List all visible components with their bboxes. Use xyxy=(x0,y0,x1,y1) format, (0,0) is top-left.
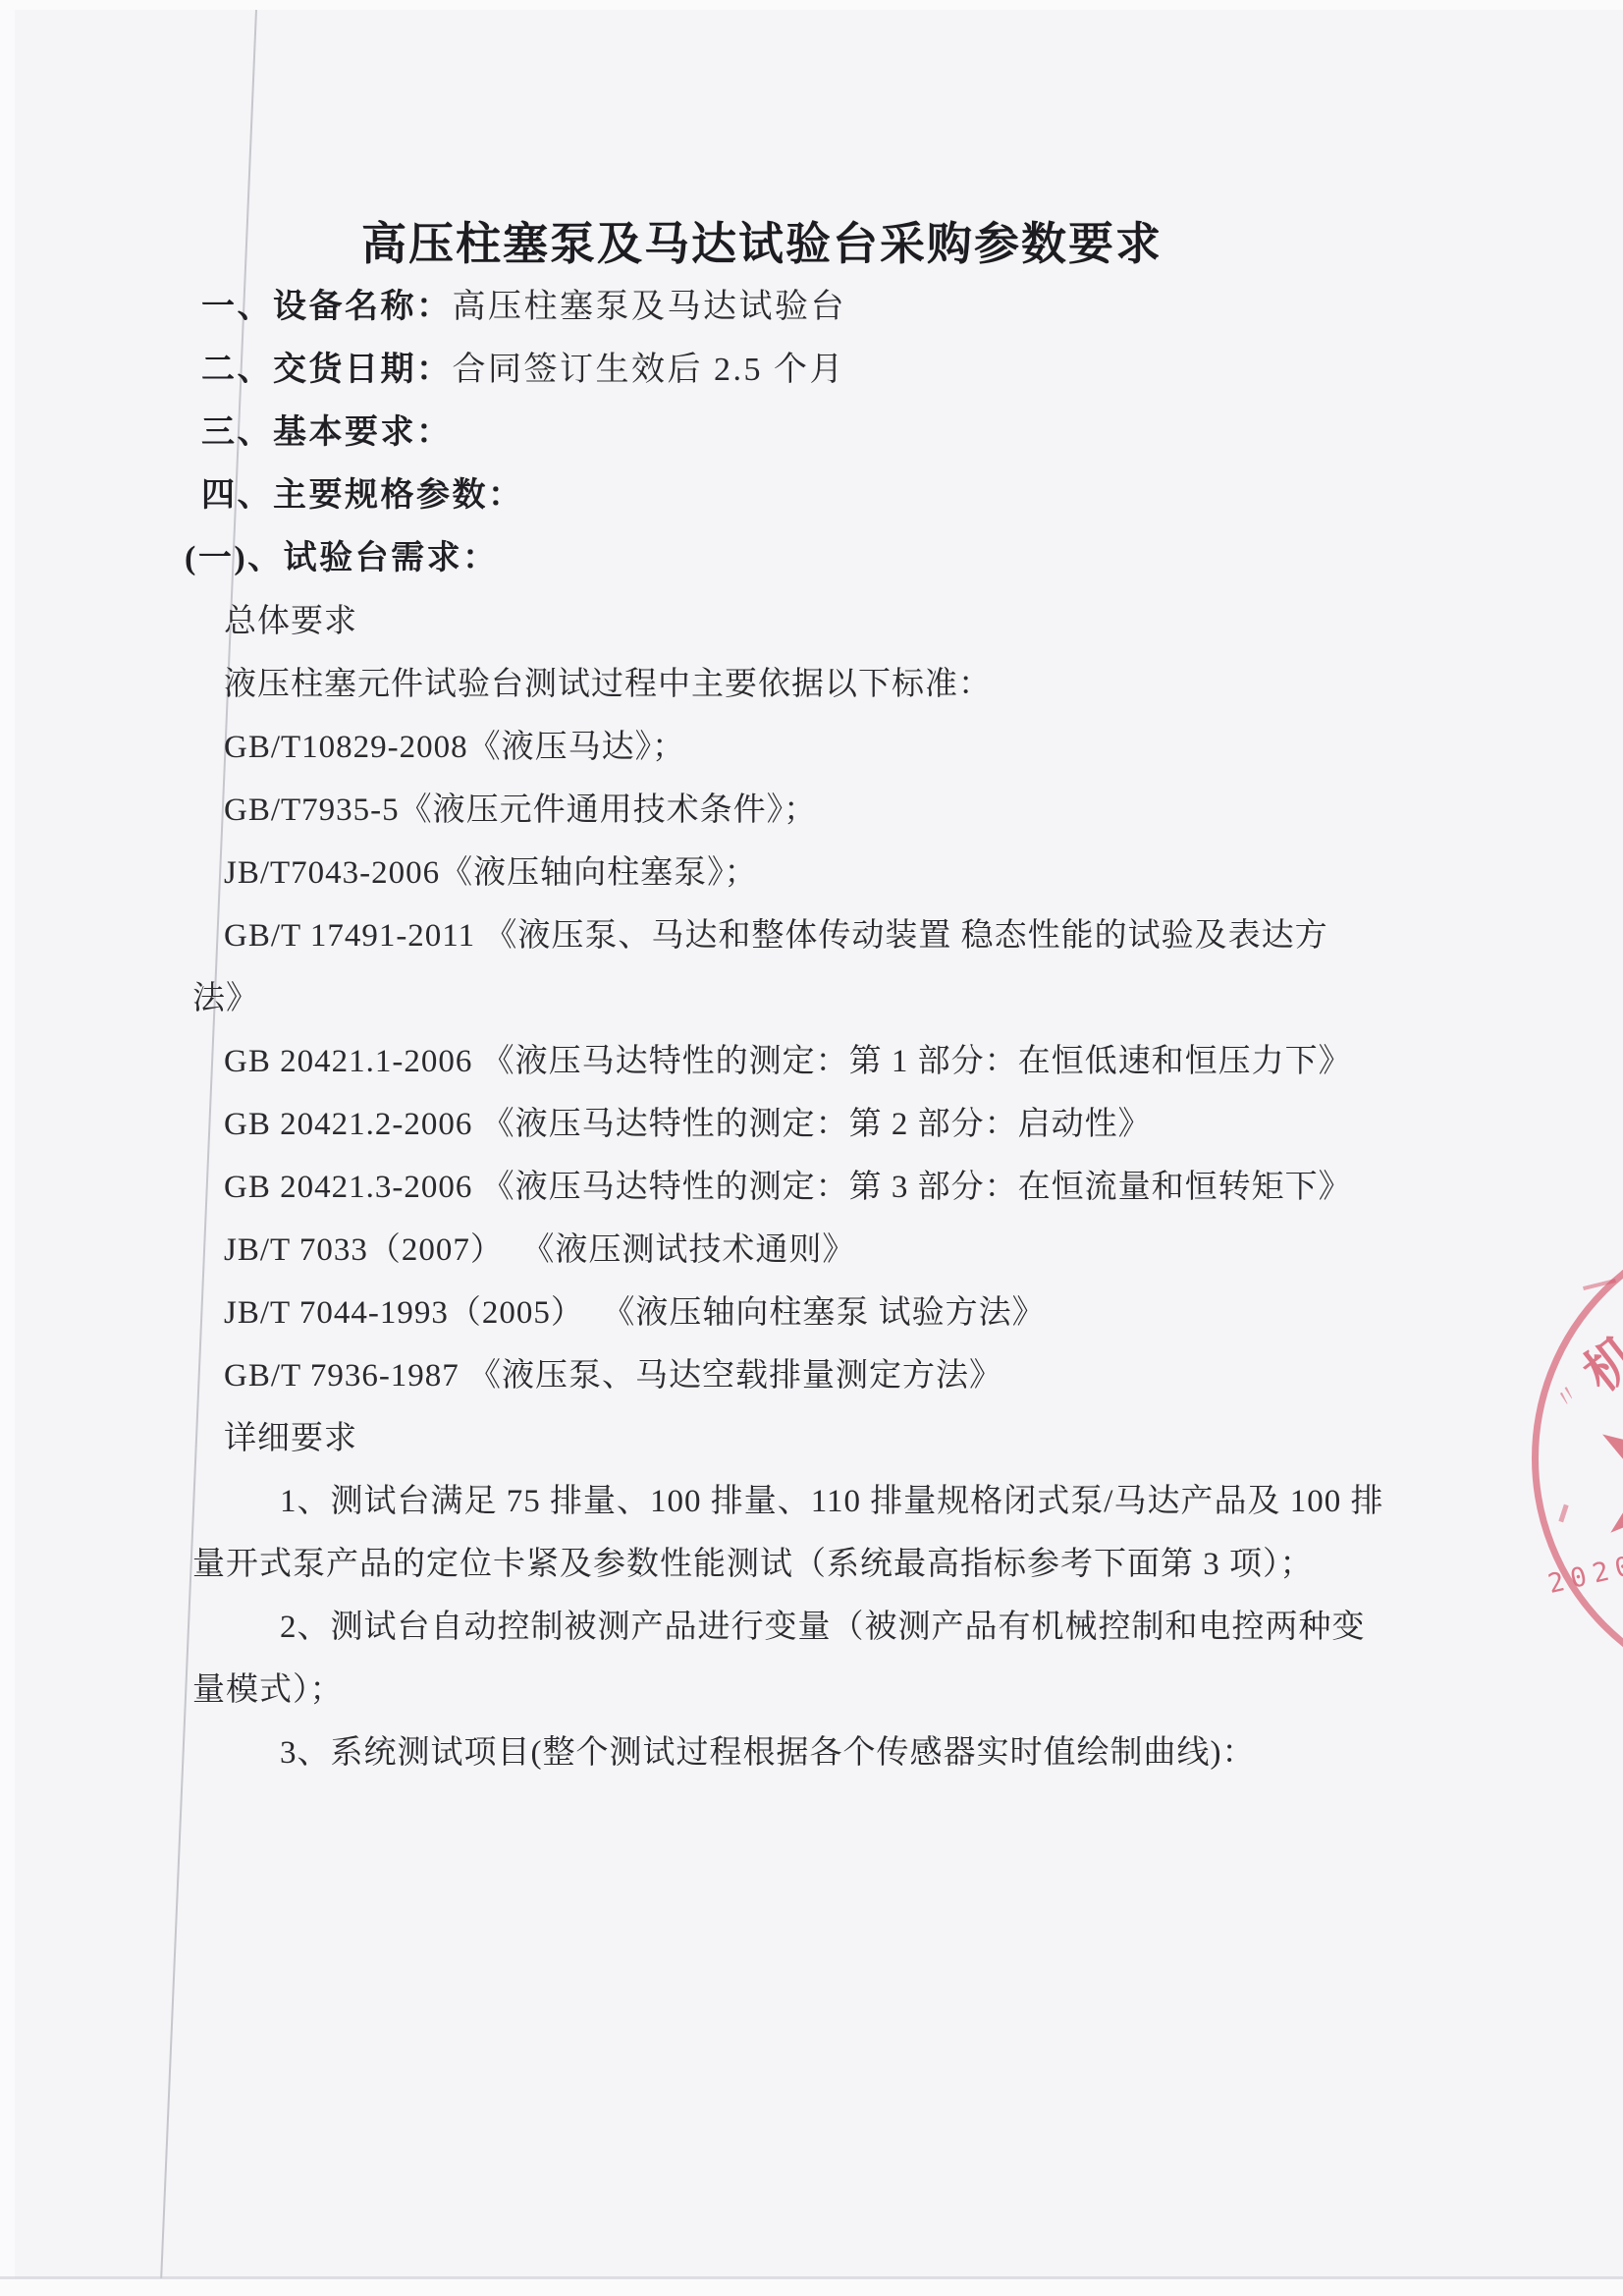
doc-line: (一)、试验台需求： xyxy=(0,527,1623,590)
doc-line: GB 20421.3-2006 《液压马达特性的测定：第 3 部分：在恒流量和恒… xyxy=(0,1156,1623,1219)
doc-line: JB/T 7033（2007） 《液压测试技术通则》 xyxy=(0,1219,1623,1282)
doc-line: 一、设备名称：高压柱塞泵及马达试验台 xyxy=(0,276,1623,339)
doc-line-text: 量开式泵产品的定位卡紧及参数性能测试（系统最高指标参考下面第 3 项）； xyxy=(192,1547,1314,1582)
doc-line-text: GB 20421.2-2006 《液压马达特性的测定：第 2 部分：启动性》 xyxy=(224,1107,1152,1142)
doc-line: JB/T 7044-1993（2005） 《液压轴向柱塞泵 试验方法》 xyxy=(0,1282,1623,1344)
doc-line-text: 1、测试台满足 75 排量、100 排量、110 排量规格闭式泵/马达产品及 1… xyxy=(280,1484,1383,1519)
doc-line: 3、系统测试项目(整个测试过程根据各个传感器实时值绘制曲线)： xyxy=(0,1722,1623,1784)
doc-line-text: GB 20421.1-2006 《液压马达特性的测定：第 1 部分：在恒低速和恒… xyxy=(224,1044,1352,1079)
doc-line-text: JB/T 7033（2007） 《液压测试技术通则》 xyxy=(224,1232,855,1268)
doc-line-label: 三、基本要求： xyxy=(201,414,453,451)
doc-line-text: GB/T 7936-1987 《液压泵、马达空载排量测定方法》 xyxy=(224,1358,1002,1394)
doc-line-label: 一、设备名称： xyxy=(201,289,453,325)
doc-line: 1、测试台满足 75 排量、100 排量、110 排量规格闭式泵/马达产品及 1… xyxy=(0,1470,1623,1533)
doc-line: GB/T 17491-2011 《液压泵、马达和整体传动装置 稳态性能的试验及表… xyxy=(0,904,1623,967)
doc-line: 液压柱塞元件试验台测试过程中主要依据以下标准： xyxy=(0,653,1623,716)
doc-lines: 一、设备名称：高压柱塞泵及马达试验台二、交货日期：合同签订生效后 2.5 个月三… xyxy=(0,276,1623,1784)
doc-line: GB 20421.1-2006 《液压马达特性的测定：第 1 部分：在恒低速和恒… xyxy=(0,1030,1623,1093)
doc-line-text: GB/T7935-5《液压元件通用技术条件》； xyxy=(224,793,817,828)
doc-line-text: 总体要求 xyxy=(224,604,357,639)
doc-line-text: GB/T 17491-2011 《液压泵、马达和整体传动装置 稳态性能的试验及表… xyxy=(224,918,1328,954)
doc-line: 四、主要规格参数： xyxy=(0,465,1623,527)
document-title: 高压柱塞泵及马达试验台采购参数要求 xyxy=(361,208,1163,273)
doc-line: JB/T7043-2006《液压轴向柱塞泵》； xyxy=(0,842,1623,904)
doc-line: GB/T10829-2008《液压马达》； xyxy=(0,716,1623,779)
doc-line: 法》 xyxy=(0,967,1623,1030)
doc-line-text: 合同签订生效后 2.5 个月 xyxy=(453,352,846,388)
doc-line: 总体要求 xyxy=(0,590,1623,653)
doc-line: 详细要求 xyxy=(0,1407,1623,1470)
doc-line-text: 量模式）； xyxy=(192,1672,344,1708)
doc-line-text: 详细要求 xyxy=(224,1421,357,1456)
doc-line-text: GB/T10829-2008《液压马达》； xyxy=(224,730,685,765)
doc-line: 三、基本要求： xyxy=(0,402,1623,465)
doc-line-text: JB/T 7044-1993（2005） 《液压轴向柱塞泵 试验方法》 xyxy=(224,1295,1046,1331)
doc-line: GB/T7935-5《液压元件通用技术条件》； xyxy=(0,779,1623,842)
paper-bottom-edge xyxy=(0,2276,1623,2279)
doc-line: GB 20421.2-2006 《液压马达特性的测定：第 2 部分：启动性》 xyxy=(0,1093,1623,1156)
doc-line: 量开式泵产品的定位卡紧及参数性能测试（系统最高指标参考下面第 3 项）； xyxy=(0,1533,1623,1596)
doc-line-text: 液压柱塞元件试验台测试过程中主要依据以下标准： xyxy=(224,667,992,702)
doc-line-text: 高压柱塞泵及马达试验台 xyxy=(453,289,847,325)
scanned-document-page: 高压柱塞泵及马达试验台采购参数要求 一、设备名称：高压柱塞泵及马达试验台二、交货… xyxy=(0,0,1623,2296)
doc-line-text: JB/T7043-2006《液压轴向柱塞泵》； xyxy=(224,855,758,891)
doc-line: 二、交货日期：合同签订生效后 2.5 个月 xyxy=(0,339,1623,402)
doc-line-text: 2、测试台自动控制被测产品进行变量（被测产品有机械控制和电控两种变 xyxy=(280,1610,1366,1645)
doc-line: GB/T 7936-1987 《液压泵、马达空载排量测定方法》 xyxy=(0,1344,1623,1407)
doc-line-text: 3、系统测试项目(整个测试过程根据各个传感器实时值绘制曲线)： xyxy=(280,1735,1255,1771)
doc-line-label: (一)、试验台需求： xyxy=(185,540,499,576)
doc-line-text: GB 20421.3-2006 《液压马达特性的测定：第 3 部分：在恒流量和恒… xyxy=(224,1170,1352,1205)
doc-line-label: 四、主要规格参数： xyxy=(201,477,524,514)
doc-line-label: 二、交货日期： xyxy=(201,352,453,388)
doc-line-text: 法》 xyxy=(192,981,259,1016)
doc-line: 量模式）； xyxy=(0,1659,1623,1722)
doc-line: 2、测试台自动控制被测产品进行变量（被测产品有机械控制和电控两种变 xyxy=(0,1596,1623,1659)
